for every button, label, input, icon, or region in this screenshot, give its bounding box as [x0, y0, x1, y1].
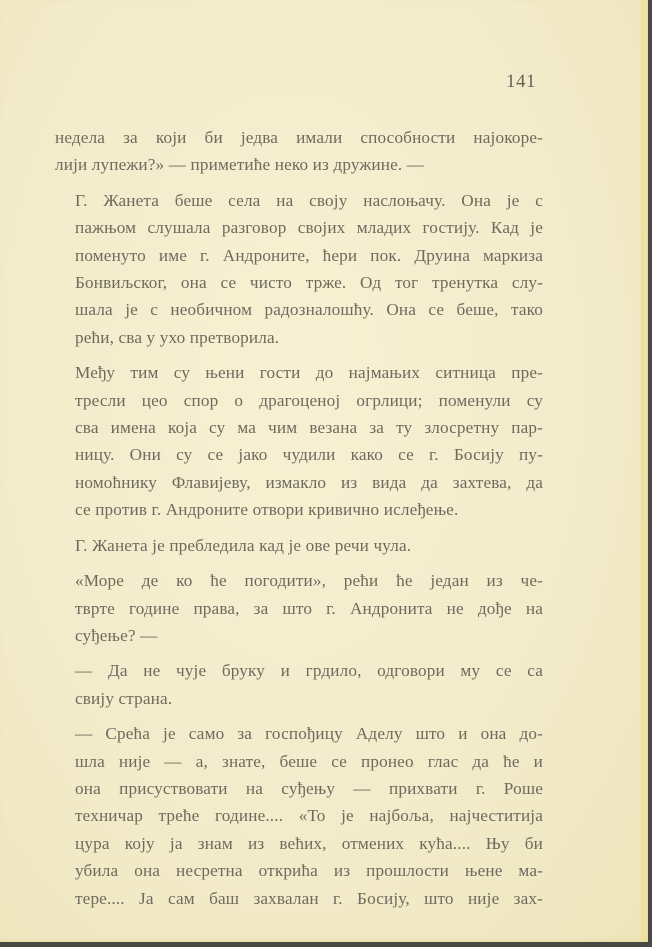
- text-line: «Море де ко ће погодити», рећи ће један …: [55, 567, 543, 594]
- text-line: свију страна.: [55, 685, 543, 712]
- book-page: 141 недела за који би једва имали способ…: [0, 0, 648, 942]
- text-line: Г. Жанета је пребледила кад је ове речи …: [55, 532, 543, 559]
- text-line: тере.... Ја сам баш захвалан г. Босију, …: [55, 885, 543, 912]
- text-line: лији лупежи?» — приметиће неко из дружин…: [55, 151, 543, 178]
- text-line: — Да не чује бруку и грдило, одговори му…: [55, 657, 543, 684]
- text-line: суђење? —: [55, 622, 543, 649]
- paragraph: — Да не чује бруку и грдило, одговори му…: [55, 657, 543, 712]
- text-line: се против г. Андроните отвори кривично и…: [55, 496, 543, 523]
- text-line: — Срећа је само за госпођицу Аделу што и…: [55, 720, 543, 747]
- paragraph: Г. Жанета беше села на своју наслоњачу. …: [55, 187, 543, 351]
- text-line: сва имена која су ма чим везана за ту зл…: [55, 414, 543, 441]
- text-line: ницу. Они су се јако чудили како се г. Б…: [55, 441, 543, 468]
- paragraph: «Море де ко ће погодити», рећи ће један …: [55, 567, 543, 649]
- text-line: тврте године права, за што г. Андронита …: [55, 595, 543, 622]
- text-line: Међу тим су њени гости до најмањих ситни…: [55, 359, 543, 386]
- page-edge: [641, 0, 644, 942]
- text-line: недела за који би једва имали способност…: [55, 124, 543, 151]
- paragraph: Међу тим су њени гости до најмањих ситни…: [55, 359, 543, 523]
- text-line: Г. Жанета беше села на своју наслоњачу. …: [55, 187, 543, 214]
- text-line: тресли цео спор о драгоценој огрлици; по…: [55, 387, 543, 414]
- paragraph: Г. Жанета је пребледила кад је ове речи …: [55, 532, 543, 559]
- paragraph: — Срећа је само за госпођицу Аделу што и…: [55, 720, 543, 912]
- text-line: поменуто име г. Андроните, ћери пок. Дру…: [55, 242, 543, 269]
- text-line: шала је с необичном радозналошћу. Она се…: [55, 296, 543, 323]
- text-line: номоћнику Флавијеву, измакло из вида да …: [55, 469, 543, 496]
- text-line: цура коју ја знам из већих, отмених кућа…: [55, 830, 543, 857]
- text-line: рећи, сва у ухо претворила.: [55, 324, 543, 351]
- text-line: шла није — а, знате, беше се пронео глас…: [55, 748, 543, 775]
- paragraph: недела за који би једва имали способност…: [55, 124, 543, 179]
- text-line: пажњом слушала разговор својих младих го…: [55, 214, 543, 241]
- text-line: техничар треће године.... «То је најбоља…: [55, 802, 543, 829]
- body-text: недела за који би једва имали способност…: [55, 124, 543, 920]
- text-line: убила она несретна открића из прошлости …: [55, 857, 543, 884]
- text-line: Бонвиљског, она се чисто трже. Од тог тр…: [55, 269, 543, 296]
- page-number: 141: [506, 71, 536, 93]
- text-line: она присуствовати на суђењу — прихвати г…: [55, 775, 543, 802]
